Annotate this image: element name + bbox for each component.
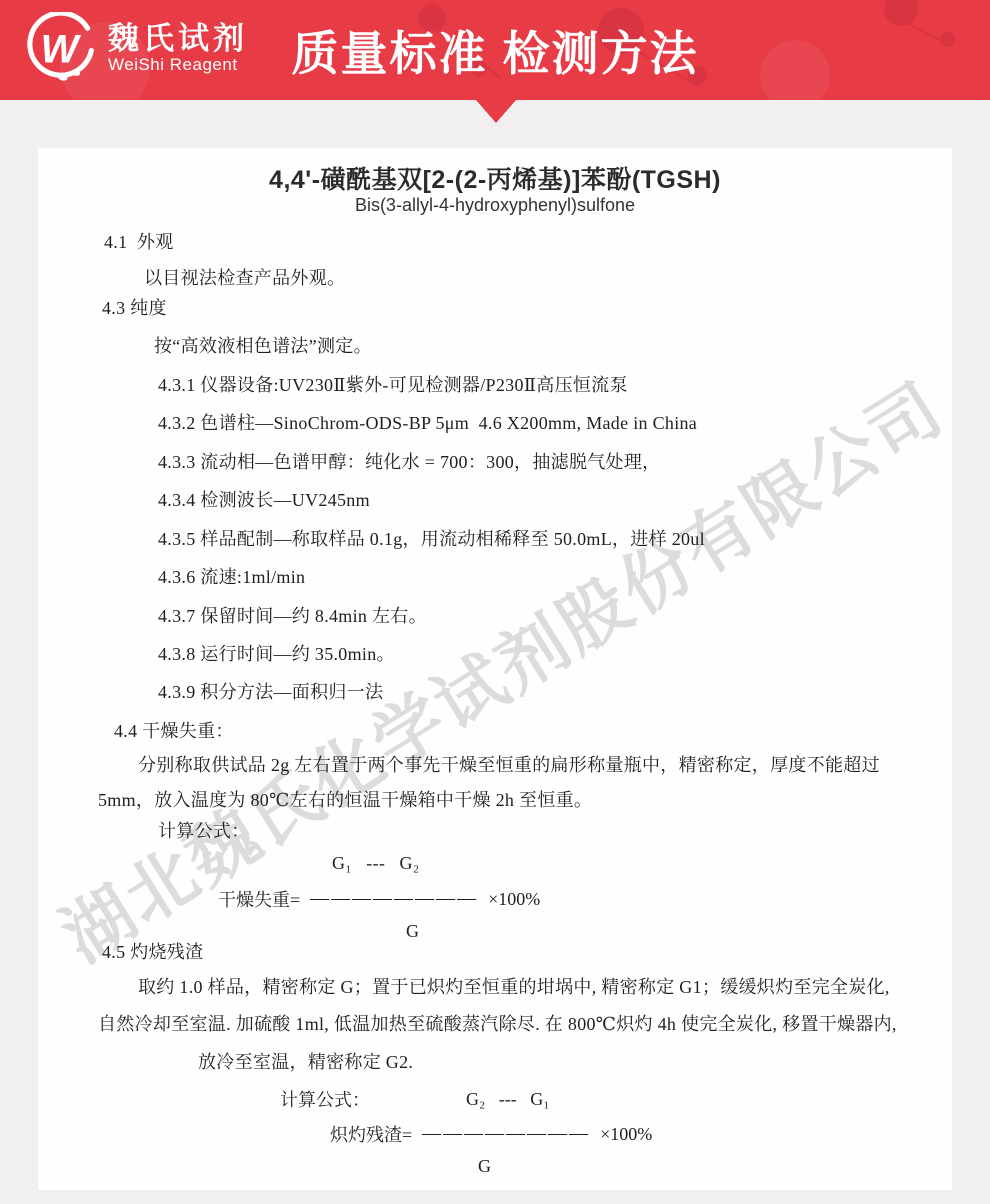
formula2-mult: ×100% <box>600 1124 652 1145</box>
section-4-3-heading: 4.3 纯度 <box>102 297 167 320</box>
brand-name-english: WeiShi Reagent <box>108 55 248 75</box>
formula1-denominator: G <box>406 920 419 943</box>
line-4-3-intro: 按“高效液相色谱法”测定。 <box>154 335 372 358</box>
line-4-3-9: 4.3.9 积分方法—面积归一法 <box>158 681 383 704</box>
formula1-label: 计算公式： <box>158 820 250 843</box>
section-4-1-heading: 4.1 外观 <box>104 231 174 254</box>
line-4-3-3: 4.3.3 流动相—色谱甲醇：纯化水 = 700：300，抽滤脱气处理， <box>158 451 660 474</box>
line-4-5-para-1: 取约 1.0 样品，精密称定 G；置于已炽灼至恒重的坩埚中, 精密称定 G1；缓… <box>138 976 890 999</box>
logo-mark-letter: W <box>41 27 82 71</box>
section-4-5-heading: 4.5 灼烧残渣 <box>102 941 203 964</box>
document-subtitle: Bis(3-allyl-4-hydroxyphenyl)sulfone <box>38 195 952 216</box>
page-header: W 魏氏试剂 WeiShi Reagent 质量标准 检测方法 <box>0 0 990 100</box>
formula1-fraction-bar: ———————— <box>310 888 478 910</box>
document-content: 4,4'-磺酰基双[2-(2-丙烯基)]苯酚(TGSH) Bis(3-allyl… <box>38 148 952 1190</box>
line-4-5-para-3: 放冷至室温，精密称定 G2. <box>198 1051 413 1074</box>
page: { "header": { "logo": { "mark": "W", "zh… <box>0 0 990 1204</box>
formula2-lhs: 炽灼残渣= <box>330 1121 412 1147</box>
formula1-lhs: 干燥失重= <box>218 886 300 912</box>
line-4-3-1: 4.3.1 仪器设备:UV230Ⅱ紫外-可见检测器/P230Ⅱ高压恒流泵 <box>158 374 628 397</box>
formula2-main-row: 炽灼残渣= ———————— ×100% <box>330 1121 652 1147</box>
formula1-numerator: G₁ --- G₂ <box>332 852 419 875</box>
brand-logo: W 魏氏试剂 WeiShi Reagent <box>24 12 248 86</box>
header-notch-arrow-icon <box>476 100 516 123</box>
line-4-1-text: 以目视法检查产品外观。 <box>144 267 345 290</box>
document-title: 4,4'-磺酰基双[2-(2-丙烯基)]苯酚(TGSH) <box>38 160 952 196</box>
document-card: 湖北魏氏化学试剂股份有限公司 4,4'-磺酰基双[2-(2-丙烯基)]苯酚(TG… <box>38 148 952 1190</box>
line-4-5-para-2: 自然冷却至室温. 加硫酸 1ml, 低温加热至硫酸蒸汽除尽. 在 800℃炽灼 … <box>98 1013 897 1036</box>
formula1-mult: ×100% <box>488 889 540 910</box>
line-4-3-7: 4.3.7 保留时间—约 8.4min 左右。 <box>158 605 427 628</box>
line-4-3-6: 4.3.6 流速:1ml/min <box>158 566 305 589</box>
line-4-3-4: 4.3.4 检测波长—UV245nm <box>158 489 370 512</box>
formula2-label: 计算公式： <box>280 1086 370 1112</box>
line-4-3-8: 4.3.8 运行时间—约 35.0min。 <box>158 643 395 666</box>
section-4-4-heading: 4.4 干燥失重： <box>114 720 234 743</box>
line-4-3-5: 4.3.5 样品配制—称取样品 0.1g，用流动相稀释至 50.0mL，进样 2… <box>158 528 705 551</box>
formula2-numerator: G₂ --- G₁ <box>466 1089 550 1110</box>
line-4-3-2: 4.3.2 色谱柱—SinoChrom-ODS-BP 5μm 4.6 X200m… <box>158 412 697 435</box>
formula1-main-row: 干燥失重= ———————— ×100% <box>218 886 540 912</box>
formula2-denominator: G <box>478 1155 491 1178</box>
formula2-label-row: 计算公式： G₂ --- G₁ <box>280 1086 550 1112</box>
brand-name-chinese: 魏氏试剂 <box>108 23 248 56</box>
formula2-fraction-bar: ———————— <box>422 1123 590 1145</box>
line-4-4-para-2: 5mm，放入温度为 80℃左右的恒温干燥箱中干燥 2h 至恒重。 <box>98 789 592 812</box>
brand-logo-text: 魏氏试剂 WeiShi Reagent <box>108 23 248 76</box>
line-4-4-para-1: 分别称取供试品 2g 左右置于两个事先干燥至恒重的扁形称量瓶中，精密称定，厚度不… <box>138 754 880 777</box>
weishi-logo-icon: W <box>24 12 98 86</box>
